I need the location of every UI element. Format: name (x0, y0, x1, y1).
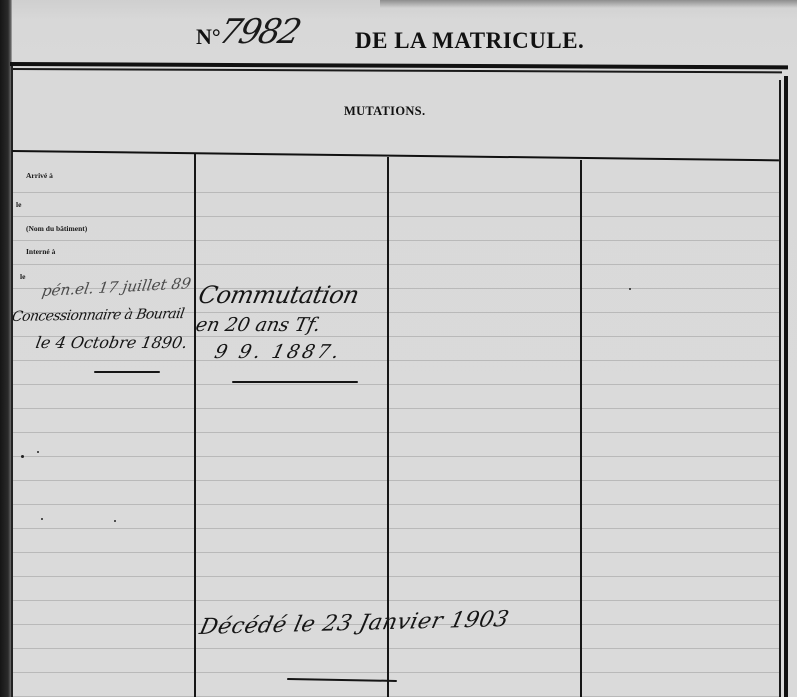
matricule-title: DE LA MATRICULE. (355, 28, 584, 54)
frame-right-border (784, 76, 788, 697)
entry-col2-underline (232, 381, 358, 383)
section-title-mutations: MUTATIONS. (344, 104, 425, 119)
entry-col1-line3: le 4 Octobre 1890. (34, 333, 189, 352)
label-arrive-a: Arrivé à (26, 171, 53, 180)
label-nom-du-batiment: (Nom du bâtiment) (26, 224, 87, 233)
ink-speck (114, 520, 116, 522)
label-le-1: le (16, 200, 21, 209)
entry-death-record: Décédé le 23 Janvier 1903 (197, 607, 511, 640)
entry-death-underline (287, 678, 397, 682)
entry-col2-line2: en 20 ans Tf. (194, 314, 323, 336)
column-divider-1 (194, 154, 196, 697)
ink-speck (37, 451, 39, 453)
entry-col1-line2: Concessionnaire à Bourail (11, 306, 185, 325)
ink-speck (41, 518, 43, 520)
ink-speck (629, 288, 631, 290)
frame-right-inner-border (779, 80, 781, 697)
label-le-2: le (20, 272, 25, 281)
label-interne-a: Interné à (26, 247, 55, 256)
matricule-number-handwritten: 7982 (215, 12, 304, 52)
entry-col2-line1: Commutation (196, 281, 361, 309)
column-divider-3 (580, 160, 582, 697)
entry-col2-line3: 9 9. 1887. (212, 341, 344, 363)
ink-speck (21, 455, 24, 458)
register-page: N° 7982 DE LA MATRICULE. MUTATIONS. (0, 0, 797, 697)
frame-left-border (11, 66, 13, 697)
entry-col1-line1: pén.el. 17 juillet 89 (41, 274, 193, 300)
section-header-rule (12, 150, 779, 161)
page-stain (380, 0, 797, 8)
entry-col1-underline (94, 371, 160, 373)
